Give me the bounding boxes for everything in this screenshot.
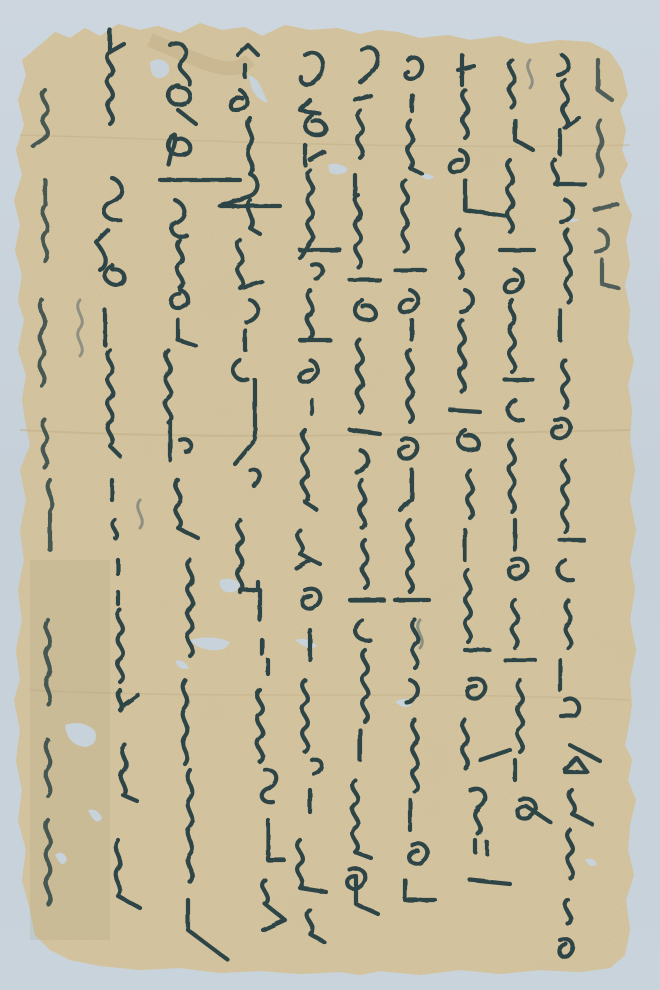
paper-fragment [14,23,636,975]
manuscript-photo [0,0,660,990]
